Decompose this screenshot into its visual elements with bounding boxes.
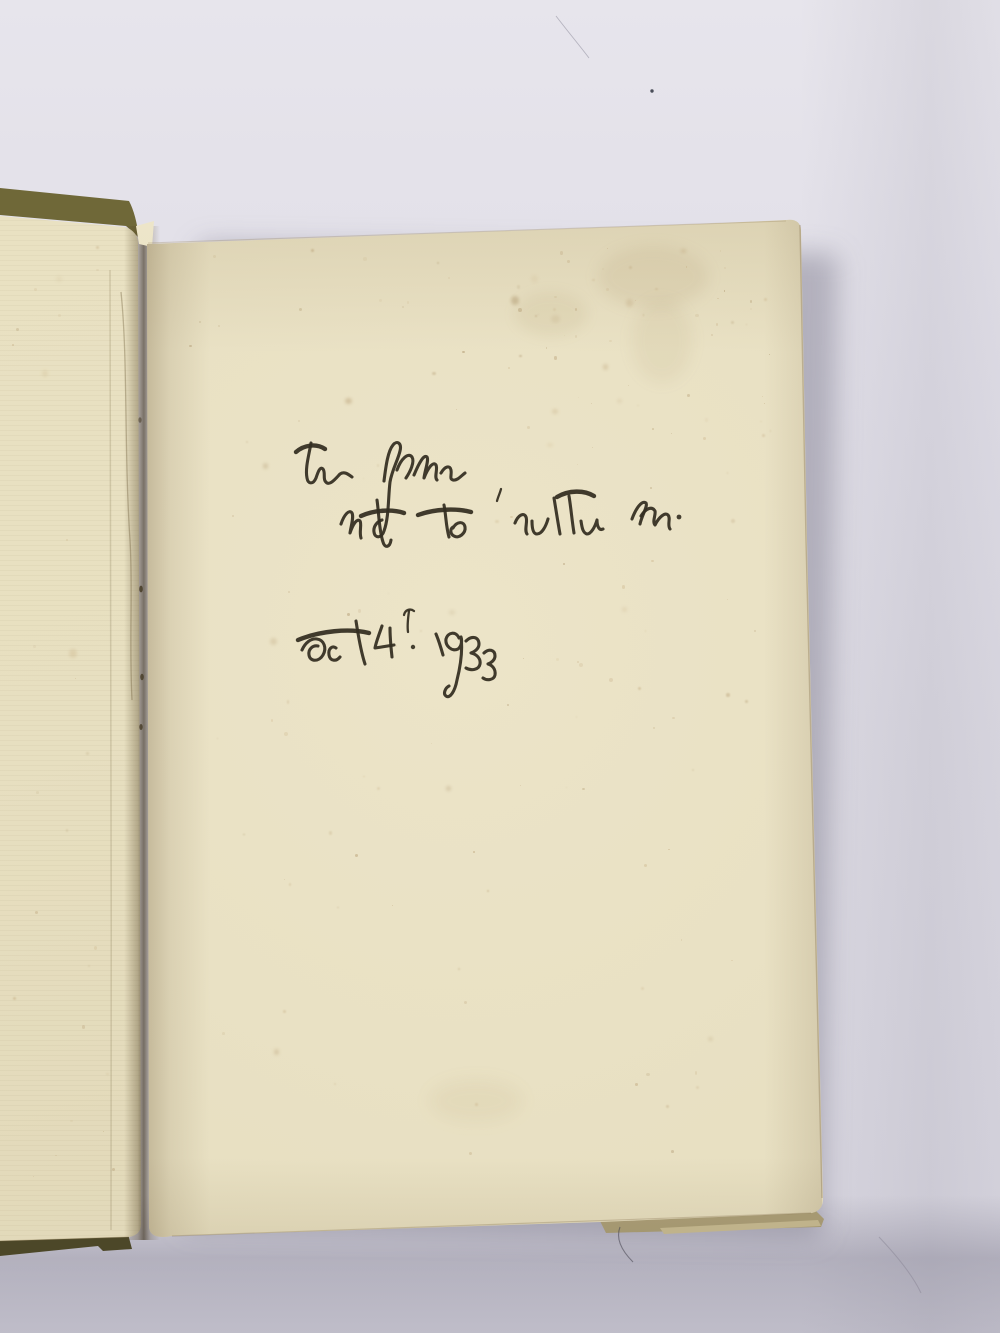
right-endpaper-foxing xyxy=(0,0,1000,1333)
right-endpaper xyxy=(0,0,1000,1333)
photo xyxy=(0,0,1000,1333)
